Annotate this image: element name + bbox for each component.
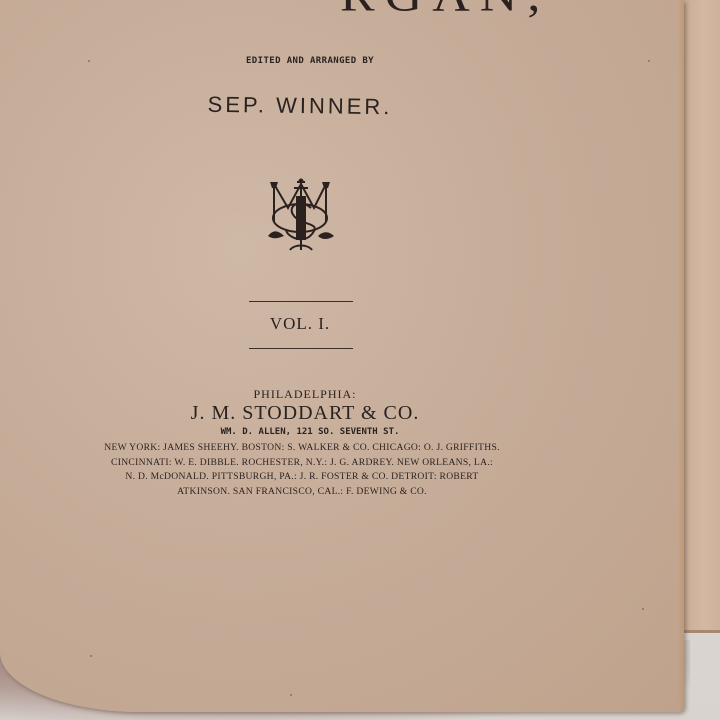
divider-rule-top — [249, 301, 353, 302]
volume-label: VOL. I. — [230, 314, 370, 334]
agents-line: N. D. McDONALD. PITTSBURGH, PA.: J. R. F… — [72, 470, 532, 485]
editor-name: SEP. WINNER. — [170, 91, 430, 121]
paper-speck — [648, 60, 650, 62]
agents-line: CINCINNATI: W. E. DIBBLE. ROCHESTER, N.Y… — [72, 456, 532, 471]
paper-speck — [290, 694, 292, 696]
paper-speck — [90, 655, 92, 657]
imprint-city: PHILADELPHIA: — [200, 387, 410, 402]
imprint-address: WM. D. ALLEN, 121 SO. SEVENTH ST. — [190, 427, 430, 437]
agents-list: NEW YORK: JAMES SHEEHY. BOSTON: S. WALKE… — [72, 441, 532, 499]
agents-line: ATKINSON. SAN FRANCISCO, CAL.: F. DEWING… — [72, 485, 532, 500]
agents-line: NEW YORK: JAMES SHEEHY. BOSTON: S. WALKE… — [72, 441, 532, 456]
edited-by-line: EDITED AND ARRANGED BY — [210, 56, 410, 66]
paper-speck — [88, 60, 90, 62]
paper-speck — [642, 608, 644, 610]
ornamental-monogram-icon — [266, 178, 336, 256]
title-page: RGAN, EDITED AND ARRANGED BY SEP. WINNER… — [0, 0, 684, 712]
divider-rule-bottom — [249, 348, 353, 349]
title-fragment: RGAN, — [340, 0, 590, 22]
back-cover-edge — [680, 0, 720, 633]
imprint-publisher: J. M. STODDART & CO. — [130, 402, 480, 425]
